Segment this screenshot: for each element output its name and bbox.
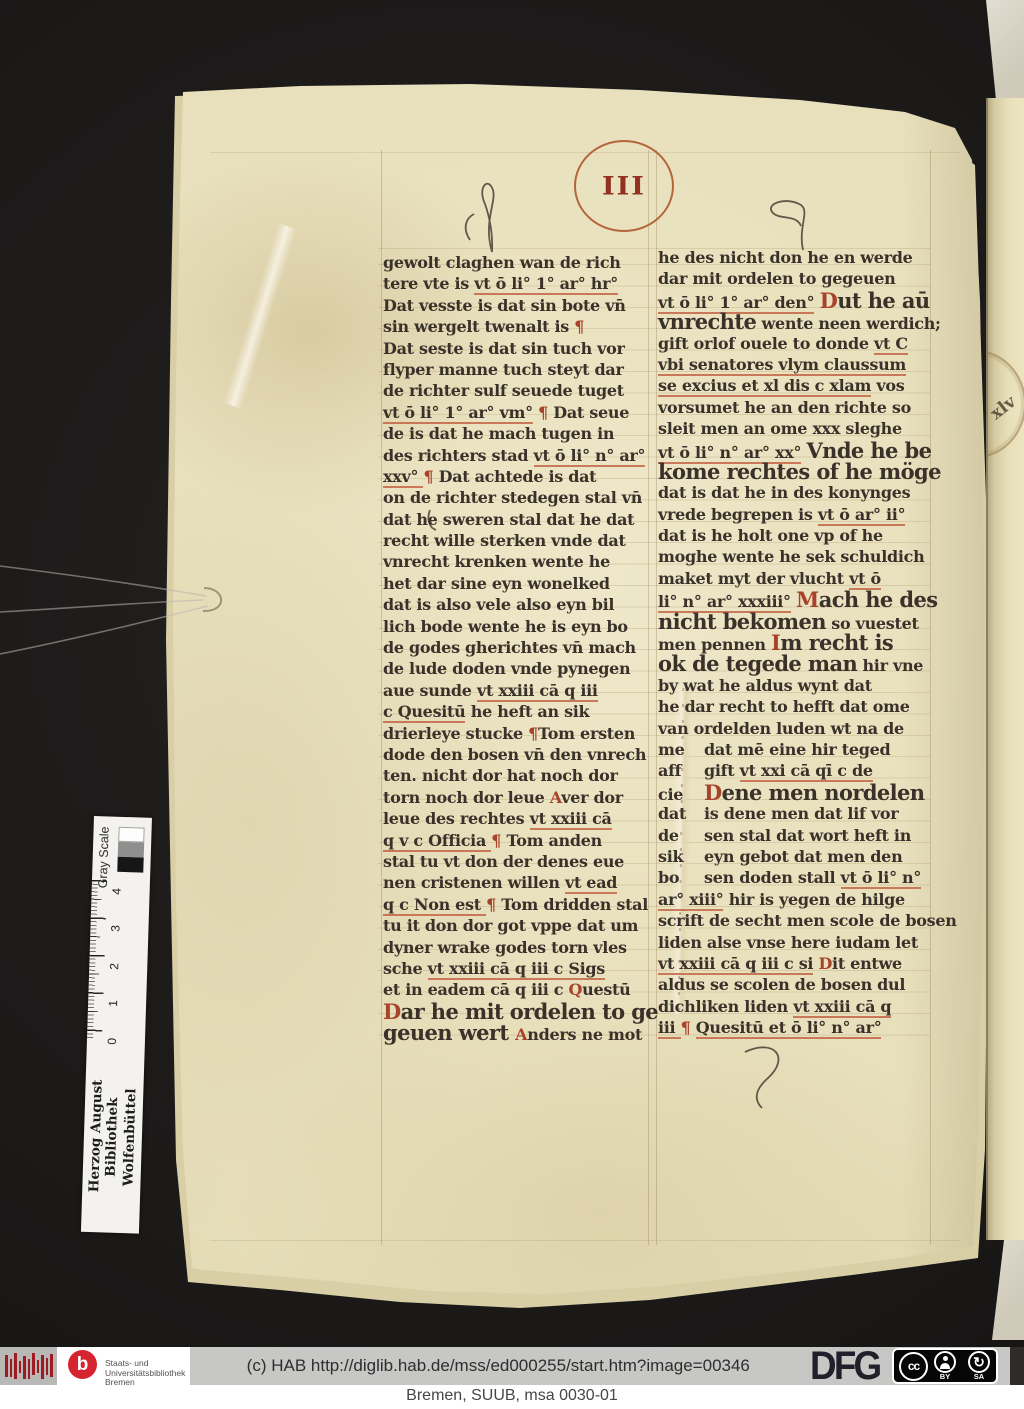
grayscale-patches	[117, 827, 144, 873]
digitized-manuscript-screenshot: xlv III	[0, 0, 1024, 1409]
tick-number-3: 3	[108, 916, 122, 932]
grayscale-ruler: Gray Scale 4 3 2 1 0 Herzog August Bibli…	[81, 816, 152, 1234]
column-rule-line	[656, 150, 657, 1245]
copyright-url-text: (c) HAB http://diglib.hab.de/mss/ed00025…	[190, 1356, 807, 1376]
bremen-library-name: Staats- und Universitätsbibliothek Breme…	[105, 1350, 185, 1388]
footer-bar: b Staats- und Universitätsbibliothek Bre…	[0, 1347, 1024, 1385]
book-cover-corner-bottom	[990, 1224, 1024, 1340]
footer-bar-end	[1010, 1347, 1024, 1385]
cc-sa-arrow-icon: ↻	[968, 1351, 990, 1373]
cc-by-label: BY	[940, 1373, 950, 1381]
cc-by-person-icon	[934, 1351, 956, 1373]
tick-number-4: 4	[110, 879, 124, 895]
shelfmark-text: Bremen, SUUB, msa 0030-01	[0, 1385, 1024, 1409]
cc-icon: cc	[899, 1352, 928, 1381]
photo-background: xlv III	[0, 0, 1024, 1347]
patch-gray	[118, 842, 144, 858]
manuscript-column-left: gewolt claghen wan de richtere vte is vt…	[383, 252, 651, 1043]
cc-sa-label: SA	[974, 1373, 984, 1381]
bremen-logo-b-icon: b	[68, 1350, 97, 1379]
library-name-label: Herzog August Bibliothek Wolfenbüttel	[81, 1045, 145, 1229]
manuscript-column-right: he des nicht don he en werdedar mit orde…	[658, 247, 934, 1038]
library-name-line2: Wolfenbüttel	[119, 1046, 141, 1228]
patch-black	[117, 857, 143, 873]
book-cover-corner-top	[984, 0, 1024, 104]
folio-number: III	[602, 172, 646, 201]
tick-number-0: 0	[105, 1028, 119, 1044]
tick-number-2: 2	[107, 953, 121, 969]
library-name-line1: Herzog August Bibliothek	[85, 1045, 123, 1228]
suub-barcode-logo-icon	[0, 1347, 57, 1385]
cc-by-item: BY	[928, 1351, 962, 1381]
ruler-ticks	[87, 880, 108, 1040]
facing-page-edge: xlv	[986, 98, 1024, 1240]
bremen-library-logo: b Staats- und Universitätsbibliothek Bre…	[57, 1347, 190, 1385]
patch-white	[118, 827, 144, 843]
dfg-logo: DFG	[810, 1347, 879, 1385]
ruling-line-top	[210, 152, 960, 153]
column-rule-line	[381, 150, 382, 1245]
cc-sa-item: ↻ SA	[962, 1351, 996, 1381]
ruling-line-bottom	[210, 1240, 960, 1241]
parchment-crease	[223, 223, 297, 409]
tick-number-1: 1	[106, 990, 120, 1006]
cc-license-badge: cc BY ↻ SA	[892, 1348, 998, 1384]
folio-number-circle: III	[574, 140, 674, 232]
